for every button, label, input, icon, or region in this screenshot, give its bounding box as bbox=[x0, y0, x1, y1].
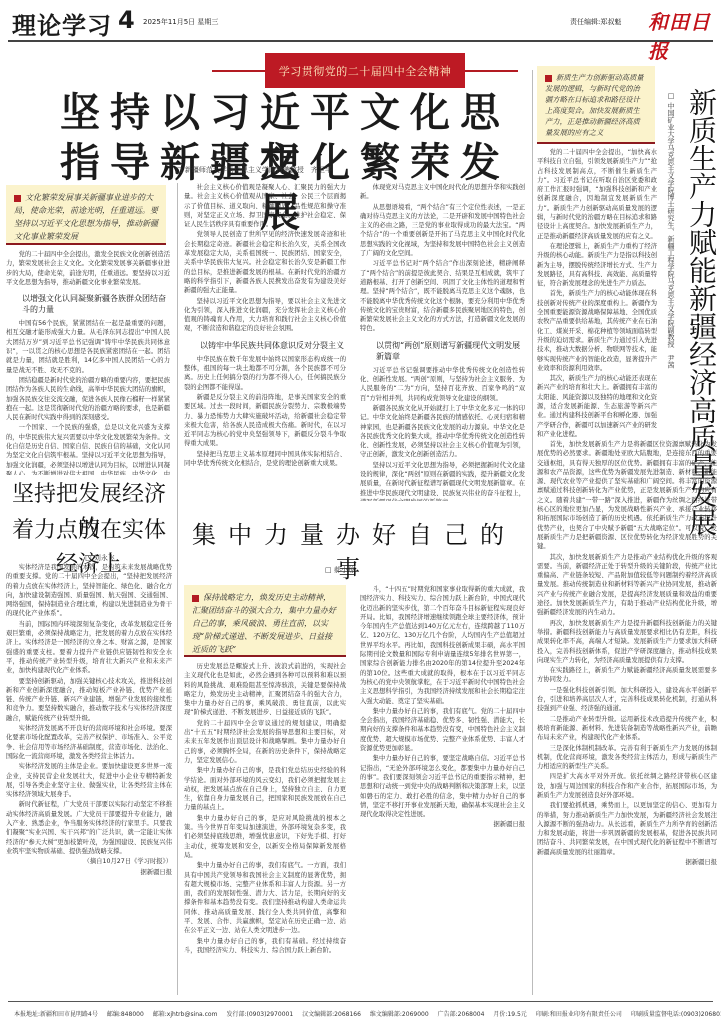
page-number: 4 bbox=[118, 6, 135, 34]
footer-item: 印刷:和田报业印务有限责任公司 bbox=[536, 1009, 622, 1018]
main-summary-box: 文化繁荣发展事关新疆事业进步的大局，使命光荣，前途光明，任重道远。要坚持以习近平… bbox=[6, 185, 166, 245]
center-article-column-2: 斗，“十四五”时期党和国家事业取得新的重大成就，我国经济实力、科技实力、综合国力… bbox=[360, 585, 525, 995]
column-divider bbox=[532, 70, 533, 995]
issue-date: 2025年11月5日 星期三 bbox=[143, 17, 218, 27]
left-article-body: 实体经济是我国发展的本钱，是构筑未来发展战略优势的重要支撑。党的二十届四中全会提… bbox=[6, 563, 172, 995]
paragraph: 实体经济发展的主体是企业。要加快建设更多世界一流企业，支持民营企业发展壮大，促进… bbox=[6, 762, 172, 799]
paragraph: 集中力量办好自己的事，我们有底气。党的二十届四中全会指出，我国经济基础稳、优势多… bbox=[360, 707, 525, 753]
paragraph: 集中力量办好自己的事，是我们党总结历史经验的科学结论。面对外部环境的风云变幻，我… bbox=[184, 766, 346, 812]
main-byline: □ 新疆师范大学马克思主义学院特聘教授 齐卫平 bbox=[176, 165, 476, 175]
footer-info: 本报地址:新疆和田市昆明路4号邮编:848000邮箱:xjhtrb@sina.c… bbox=[14, 1009, 714, 1018]
right-article-column-top: 党的二十届四中全会提出，“加快高水平科技自立自强，引领发展新质生产力”“抢占科技… bbox=[537, 148, 657, 438]
paragraph: 当前，国际国内环境深刻复杂变化，改革发展稳定任务艰巨繁重，必须保持战略定力，把发… bbox=[6, 620, 172, 676]
source-credit: （摘自10月27日《学习时报》） bbox=[6, 857, 172, 866]
paragraph: 中华民族在数千年发展中始终以国家形态构成统一的整体，祖国的每一块土地都不可分割，… bbox=[184, 355, 346, 392]
paragraph: 新疆是反分裂主义的前沿阵地，是事关国家安全的重要区域。过去一段时间，新疆民族分裂… bbox=[184, 393, 346, 449]
paragraph: 党的二十届四中全会提出，激发全民族文化创新创造活力，繁荣发展社会主义文化。文化繁… bbox=[6, 250, 170, 287]
paragraph: 社会主义核心价值观是凝聚人心、汇聚民力的强大力量。社会主义核心价值观从国家、社会… bbox=[184, 183, 346, 229]
center-byline: □ 郝小琼 bbox=[325, 565, 385, 575]
main-article-column-2: 社会主义核心价值观是凝聚人心、汇聚民力的强大力量。社会主义核心价值观从国家、社会… bbox=[184, 183, 346, 501]
paragraph: 实体经济是我国发展的本钱，是构筑未来发展战略优势的重要支撑。党的二十届四中全会提… bbox=[6, 563, 172, 619]
footer-item: 广告部:2068004 bbox=[438, 1009, 485, 1018]
masthead-rule bbox=[8, 40, 713, 42]
paragraph: 三是深化体制机制改革。完善有利于新质生产力发展的体制机制，优化营商环境，激发各类… bbox=[537, 744, 717, 772]
paragraph: 历史发展总是螺旋式上升、波浪式前进的，实现社会主义现代化也是如此，必然会遇到各种… bbox=[184, 662, 346, 718]
paragraph: 在实践路径上，新质生产力赋能新疆经济高质量发展需要多方协同发力。 bbox=[537, 666, 717, 685]
paragraph: 首先，加快发展新质生产力是将新疆区位资源禀赋转化为发展优势的必然要求。新疆地处亚… bbox=[537, 440, 717, 552]
paragraph: 再次，加快发展新质生产力是提升新疆科技创新能力的关键举措。新疆科技创新能力与高质… bbox=[537, 619, 717, 665]
column-divider bbox=[177, 183, 178, 995]
section-title: 理论学习 bbox=[12, 6, 112, 41]
footer-item: 本报地址:新疆和田市昆明路4号 bbox=[14, 1009, 98, 1018]
paragraph: 要坚持创新驱动，加强关键核心技术攻关，推进科技创新和产业创新深度融合，推动短板产… bbox=[6, 677, 172, 723]
newspaper-logo: 和田日报 bbox=[648, 6, 713, 64]
topic-banner: 学习贯彻党的二十届四中全会精神 bbox=[265, 53, 465, 88]
editor-credit: 责任编辑:郑叔魁 bbox=[570, 17, 621, 27]
right-summary-box: 新质生产力创新驱动高质量发展的逻辑，与新时代党的治疆方略在目标追求和路径设计上高… bbox=[537, 66, 655, 144]
main-article-column-1: 党的二十届四中全会提出，激发全民族文化创新创造活力，繁荣发展社会主义文化。文化繁… bbox=[6, 250, 170, 475]
center-headline: 集中力量办好自己的事 bbox=[184, 518, 524, 586]
paragraph: 坚持以习近平文化思想为指导，必须把握新时代文化建设的规律，深化“两创”原则在新疆… bbox=[360, 461, 525, 501]
footer-rule bbox=[8, 1001, 713, 1002]
paragraph: 四是扩大高水平对外开放。依托丝绸之路经济带核心区建设，加强与周边国家的科技合作和… bbox=[537, 772, 717, 800]
paragraph: 党的二十届四中全会提出，“加快高水平科技自立自强，引领发展新质生产力”“抢占科技… bbox=[537, 148, 657, 241]
paragraph: 体现党对马克思主义中国化时代化的思想升华和实践创新。 bbox=[360, 183, 525, 202]
paragraph: 习近平总书记对“两个结合”作出深刻论述，精辟阐释了“两个结合”的前提是彼此契合、… bbox=[360, 259, 525, 333]
paragraph: 新时代新征程，广大党员干部要以实际行动坚定不移推动实体经济高质量发展。广大党员干… bbox=[6, 800, 172, 856]
right-summary-text: 新质生产力创新驱动高质量发展的逻辑，与新时代党的治疆方略在目标追求和路径设计上高… bbox=[545, 73, 644, 137]
paragraph: 集中力量办好自己的事，我们有基础。经过持续奋斗，我国经济实力、科技实力、综合国力… bbox=[184, 937, 346, 956]
paragraph: 一个国家、一个民族的强盛，总是以文化兴盛为支撑的，中华民族伟大复兴需要以中华文化… bbox=[6, 423, 170, 475]
center-summary-text: 保持战略定力，焕发历史主动精神，汇聚团结奋斗的强大合力，集中力量办好自己的事，乘… bbox=[192, 593, 336, 654]
paragraph: 中国有56个民族，紧紧团结在一起是最重要的问题，相互交融才能形成强大力量。从毛泽… bbox=[6, 319, 170, 375]
paragraph: 二是推动产业转型升级。运用新技术改造提升传统产业，积极培育新能源、新材料、先进装… bbox=[537, 715, 717, 743]
paragraph: 一是强化科技创新引领。加大科研投入，建设高水平创新平台，引进和培养高层次人才，完… bbox=[537, 686, 717, 714]
red-square-icon bbox=[14, 195, 21, 202]
paragraph: 其次，新质生产力的核心动能还表现在新兴产业的培育和壮大上。新疆拥有丰富的太阳能、… bbox=[537, 374, 657, 438]
main-article-column-3: 体现党对马克思主义中国化时代化的思想升华和实践创新。从思想语境看，“两个结合”有… bbox=[360, 183, 525, 501]
main-summary-text: 文化繁荣发展事关新疆事业进步的大局，使命光荣，前途光明，任重道远。要坚持以习近平… bbox=[14, 193, 158, 241]
footer-item: 汉文编辑部:2068166 bbox=[302, 1009, 361, 1018]
paragraph: 党的二十届四中全会审议通过的规划建议，明确提出“十五五”时期经济社会发展的指导思… bbox=[184, 719, 346, 765]
footer-item: 邮编:848000 bbox=[107, 1009, 144, 1018]
footer-item: 月价:19.5元 bbox=[493, 1009, 526, 1018]
paragraph: 党领导人民创造了世所罕见的经济快速发展奇迹和社会长期稳定奇迹。新疆社会稳定和长治… bbox=[184, 230, 346, 295]
paragraph: 集中力量办好自己的事，我们有底气。一方面，我们具有中国共产党领导和我国社会主义制… bbox=[184, 861, 346, 935]
footer-item: 印刷质量监督电话:(0903)2068010 bbox=[631, 1009, 721, 1018]
section-heading: 以增强文化认同凝聚新疆各族群众团结奋斗的力量 bbox=[6, 288, 170, 319]
paragraph: 首先，新质生产力的核心动能体现在科技创新对传统产业的深度重构上。新疆作为全国重要… bbox=[537, 289, 657, 373]
right-vertical-byline: □ 中国矿业大学马克思主义学院博士研究生、新疆工程学院马克思主义学院副教授 尹茜 bbox=[662, 92, 676, 368]
banner-line-right bbox=[463, 70, 518, 72]
section-heading: 以贯彻“两创”原则谱写新疆现代文明发展新篇章 bbox=[360, 335, 525, 366]
paragraph: 坚持把马克思主义基本原理同中国具体实际相结合、同中华优秀传统文化相结合，是党的理… bbox=[184, 450, 346, 469]
paragraph: 斗，“十四五”时期党和国家事业取得新的重大成就，我国经济实力、科技实力、综合国力… bbox=[360, 585, 525, 706]
left-byline: □ 刘永飞 bbox=[70, 553, 130, 563]
source-credit: 据新疆日报 bbox=[537, 858, 717, 867]
footer-item: 发行部:(0903)2970001 bbox=[226, 1009, 293, 1018]
source-credit: 据新疆日报 bbox=[6, 868, 172, 877]
red-square-icon bbox=[545, 75, 552, 82]
source-credit: 据新疆日报 bbox=[360, 820, 525, 829]
paragraph: 新疆各民族文化从开始就打上了中华文化多元一体的印记。中华文化始终是新疆各民族的情… bbox=[360, 404, 525, 460]
masthead: 理论学习 4 2025年11月5日 星期三 责任编辑:郑叔魁 和田日报 bbox=[8, 4, 713, 40]
center-summary-box: 保持战略定力，焕发历史主动精神，汇聚团结奋斗的强大合力，集中力量办好自己的事，乘… bbox=[184, 585, 346, 657]
footer-item: 维文编辑部:2069000 bbox=[370, 1009, 429, 1018]
paragraph: 我们要抢抓机遇，乘势而上，以更加坚定的信心、更加有力的举措，努力推动新质生产力加… bbox=[537, 801, 717, 857]
banner-line-left bbox=[212, 70, 267, 72]
paragraph: 其次，加快发展新质生产力是推动产业结构优化升级的客观需要。当前，新疆经济正处于转… bbox=[537, 553, 717, 618]
footer-item: 邮箱:xjhtrb@sina.com bbox=[153, 1009, 218, 1018]
paragraph: 实体经济发展离不开良好的营商环境和社会环境。要深化要素市场化配置改革，完善产权保… bbox=[6, 724, 172, 761]
paragraph: 从思想语境看，“两个结合”有三个定位性表述，一是正确对待马克思主义的方法论，二是… bbox=[360, 203, 525, 259]
paragraph: 坚持以习近平文化思想为指导，要以社会主义先进文化为引领，深入推进文化润疆，充分发… bbox=[184, 297, 346, 334]
right-article-body: 首先，加快发展新质生产力是将新疆区位资源禀赋转化为发展优势的必然要求。新疆地处亚… bbox=[537, 440, 717, 995]
section-heading: 以铸牢中华民族共同体意识反对分裂主义 bbox=[184, 335, 346, 355]
paragraph: 集中力量办好自己的事，要坚定战略自信。习近平总书记指出，“无论外部环境怎么变化，… bbox=[360, 754, 525, 819]
paragraph: 团结稳疆是新时代党的治疆方略的重要内容，要把民族团结作为各族人民的生命线，高举中… bbox=[6, 376, 170, 422]
red-square-icon bbox=[192, 595, 199, 602]
paragraph: 集中力量办好自己的事，是应对风险挑战的根本之策。当今世界百年变局加速演进，外部环… bbox=[184, 814, 346, 860]
paragraph: 习近平总书记强调要推动中华优秀传统文化创造性转化、创新性发展。“两创”原则，与坚… bbox=[360, 366, 525, 403]
paragraph: 在理论逻辑上，新质生产力重构了经济升级的核心动能。新质生产力是指以科技创新为主导… bbox=[537, 242, 657, 288]
center-article-column-1: 历史发展总是螺旋式上升、波浪式前进的，实现社会主义现代化也是如此，必然会遇到各种… bbox=[184, 662, 346, 995]
